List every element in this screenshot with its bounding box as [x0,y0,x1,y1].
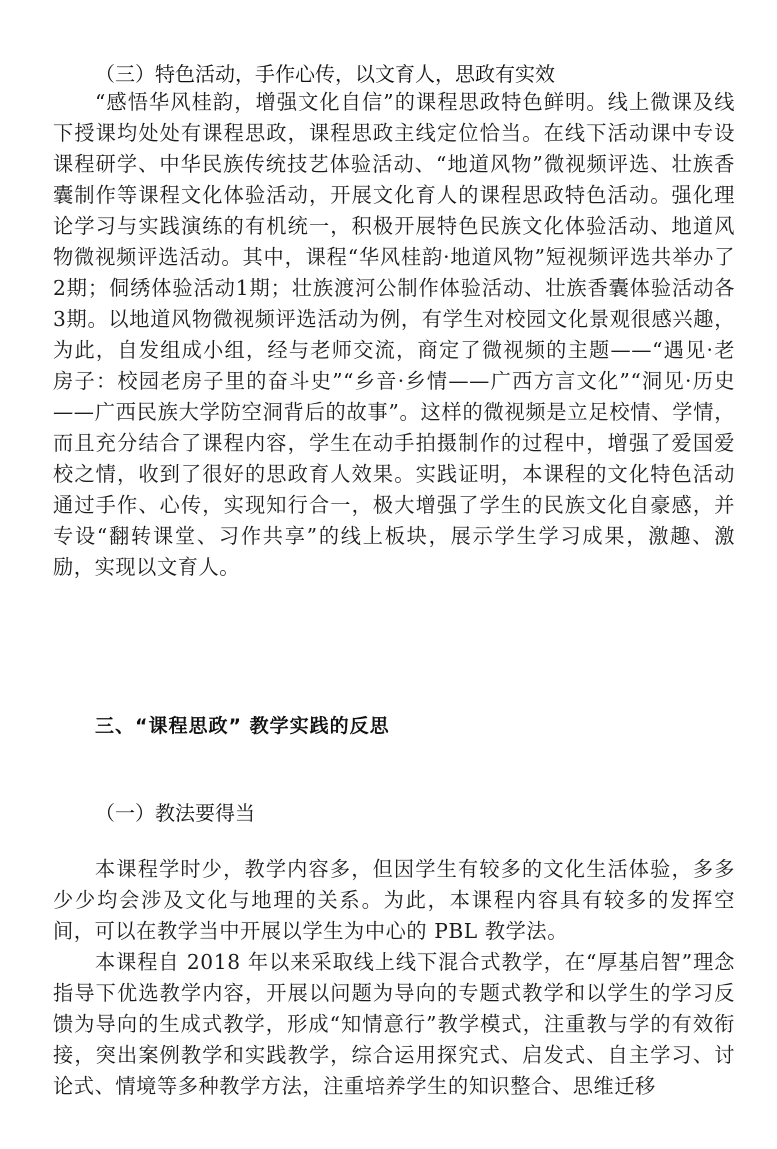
section-heading-reflection: 三、“课程思政” 教学实践的反思 [95,711,390,738]
subsection-heading-teaching-methods: （一）教法要得当 [95,797,255,826]
subsection-heading-special-activities: （三）特色活动，手作心传，以文育人，思政有实效 [95,58,555,87]
paragraph-teaching-methods-1: 本课程学时少，教学内容多，但因学生有较多的文化生活体验，多多少少均会涉及文化与地… [53,854,735,947]
paragraph-special-activities: “感悟华风桂韵，增强文化自信”的课程思政特色鲜明。线上微课及线下授课均处处有课程… [53,87,735,583]
paragraph-teaching-methods-2: 本课程自 2018 年以来采取线上线下混合式教学，在“厚基启智”理念指导下优选教… [53,947,735,1102]
